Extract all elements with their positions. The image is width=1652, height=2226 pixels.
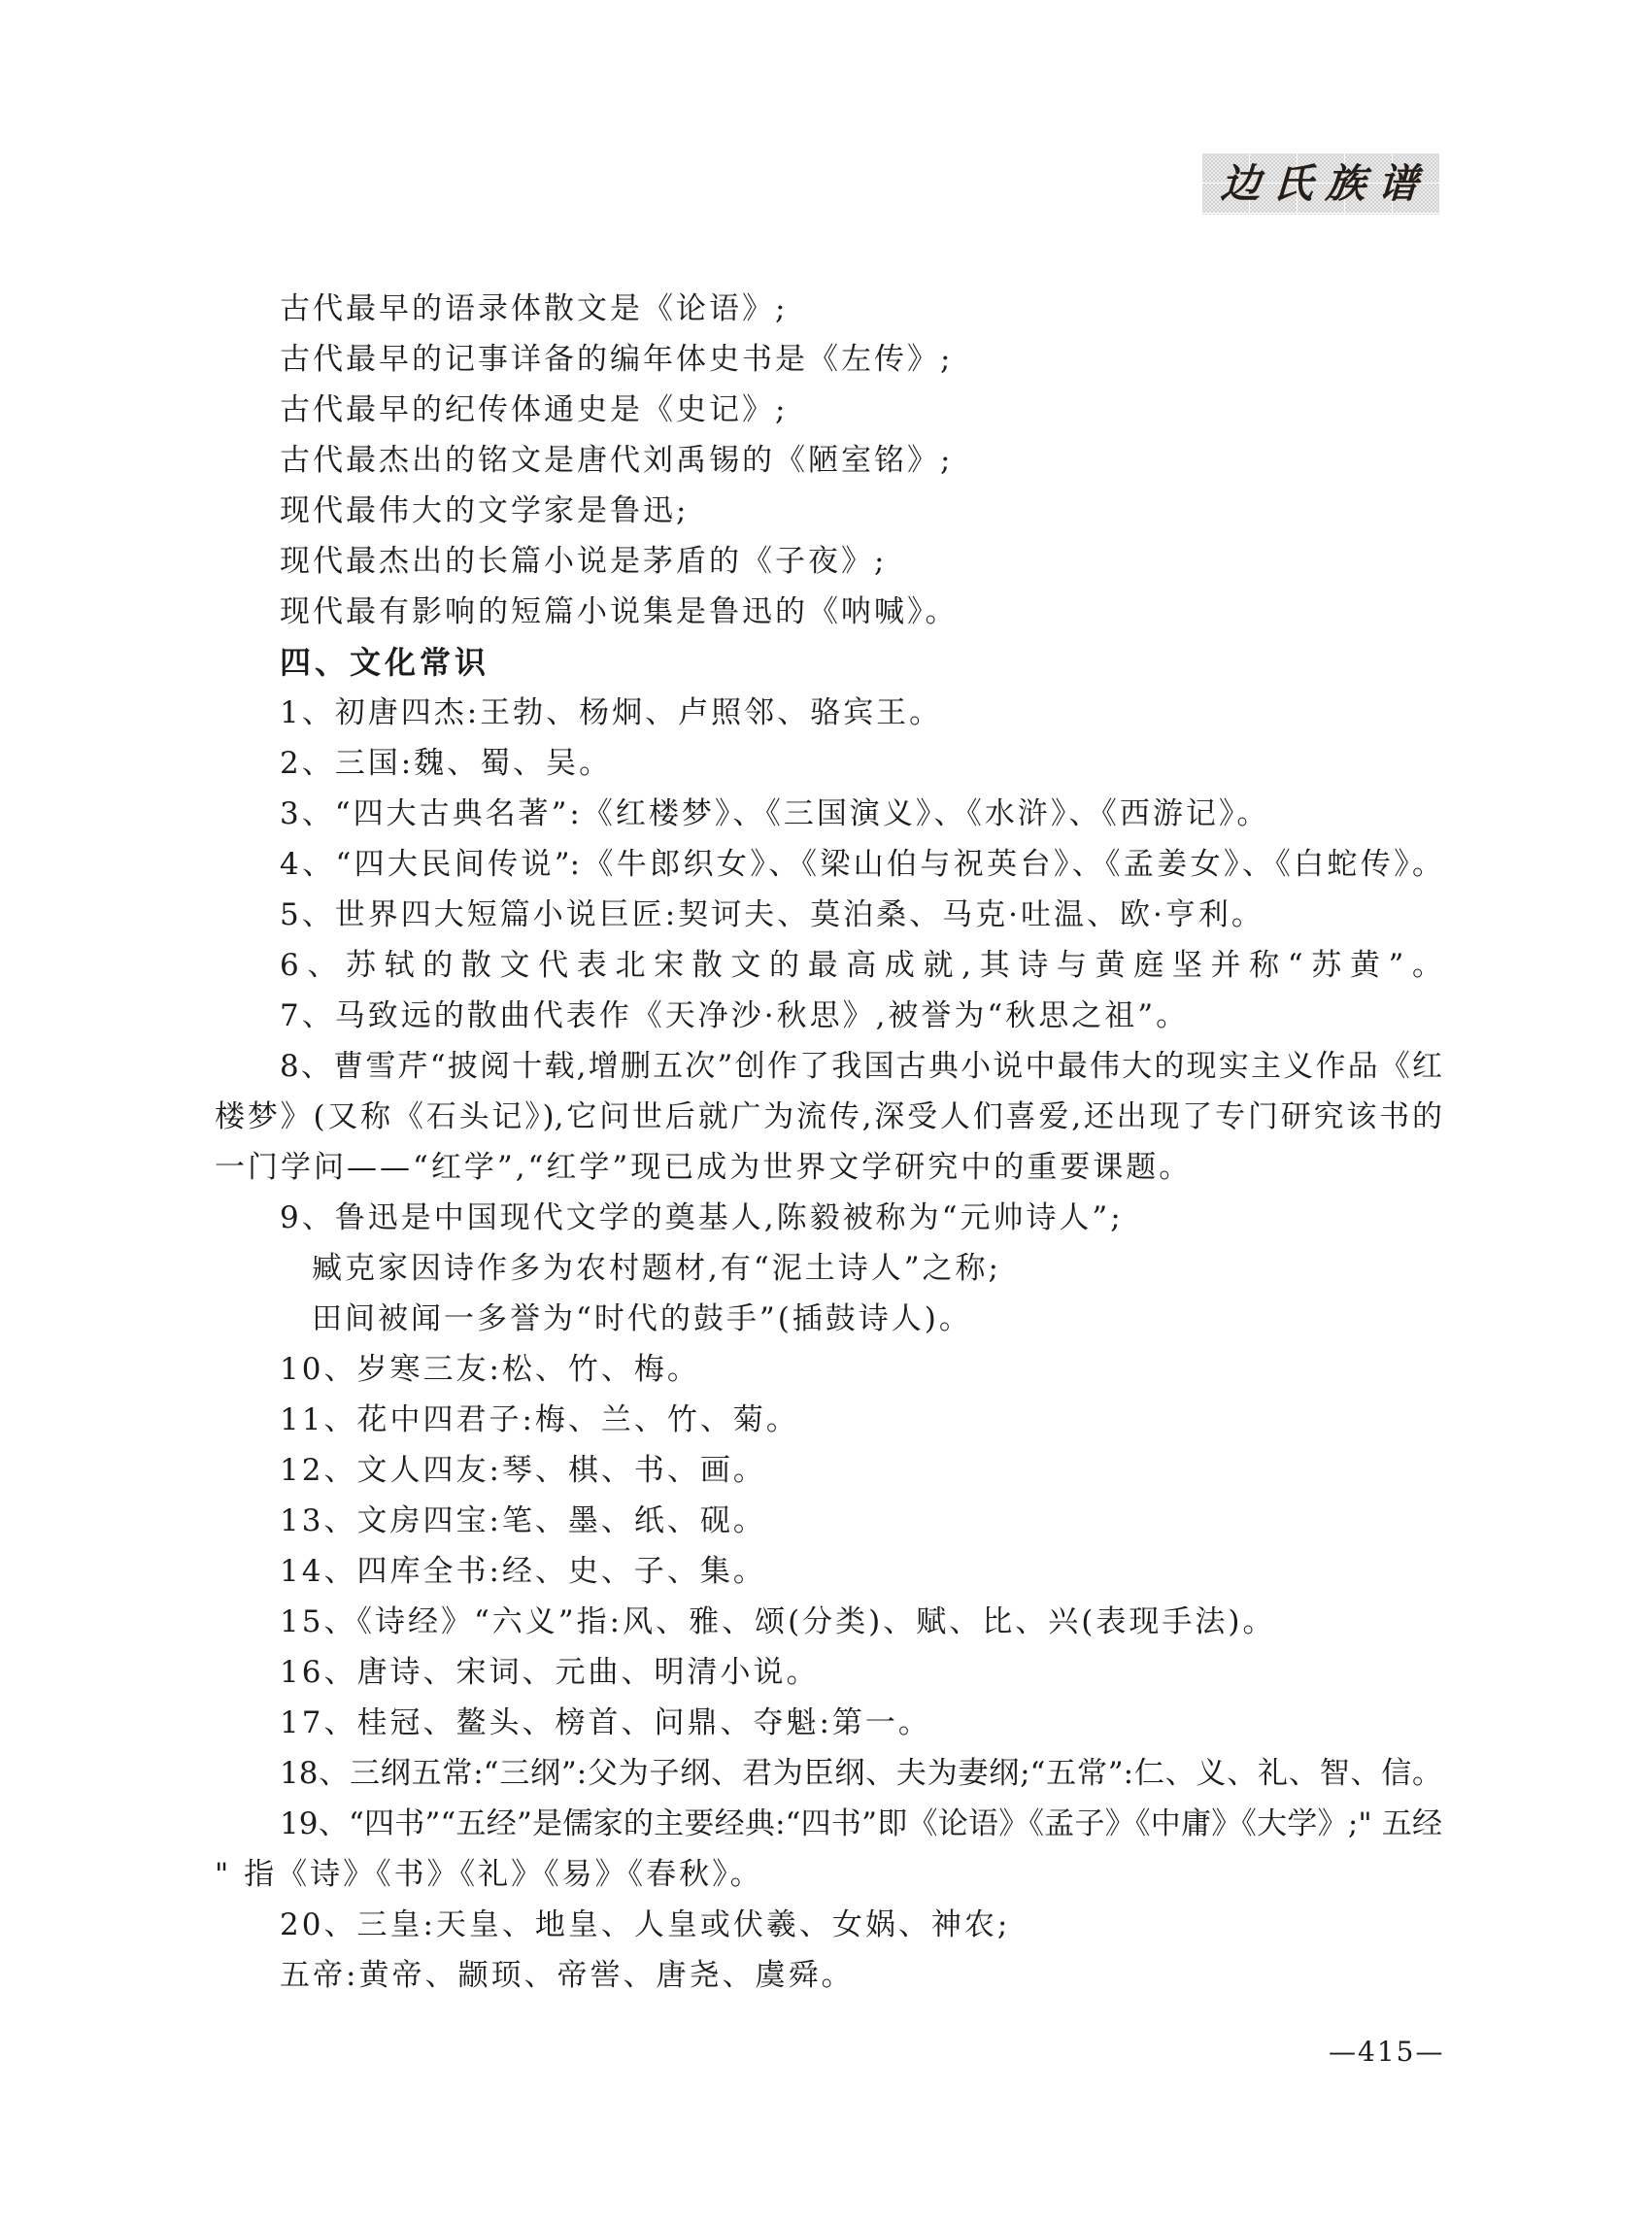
text-line: 18、三纲五常:“三纲”:父为子纲、君为臣纲、夫为妻纲;“五常”:仁、义、礼、智… xyxy=(215,1748,1442,1799)
text-line: 20、三皇:天皇、地皇、人皇或伏羲、女娲、神农; xyxy=(215,1900,1442,1950)
text-line: 13、文房四宝:笔、墨、纸、砚。 xyxy=(215,1496,1442,1546)
text-line: 9、鲁迅是中国现代文学的奠基人,陈毅被称为“元帅诗人”; xyxy=(215,1193,1442,1243)
text-line: 17、桂冠、鳌头、榜首、问鼎、夺魁:第一。 xyxy=(215,1698,1442,1748)
text-line: 10、岁寒三友:松、竹、梅。 xyxy=(215,1344,1442,1395)
text-line: 12、文人四友:琴、棋、书、画。 xyxy=(215,1445,1442,1496)
text-line: 现代最有影响的短篇小说集是鲁迅的《呐喊》。 xyxy=(215,587,1442,637)
text-line: 7、马致远的散曲代表作《天净沙·秋思》,被誉为“秋思之祖”。 xyxy=(215,991,1442,1041)
page-text-block: 古代最早的语录体散文是《论语》;古代最早的记事详备的编年体史书是《左传》;古代最… xyxy=(215,284,1442,2001)
text-line: 古代最早的纪传体通史是《史记》; xyxy=(215,385,1442,435)
text-line: 五帝:黄帝、颛顼、帝喾、唐尧、虞舜。 xyxy=(215,1950,1442,2001)
text-line: 现代最杰出的长篇小说是茅盾的《子夜》; xyxy=(215,536,1442,587)
text-line: 臧克家因诗作多为农村题材,有“泥土诗人”之称; xyxy=(215,1243,1442,1294)
book-title: 边氏族谱 xyxy=(1210,164,1432,204)
header-nameplate: 边氏族谱 xyxy=(1201,152,1440,215)
text-line: 一门学问——“红学”,“红学”现已成为世界文学研究中的重要课题。 xyxy=(215,1142,1442,1193)
text-line: 3、“四大古典名著”:《红楼梦》、《三国演义》、《水浒》、《西游记》。 xyxy=(215,789,1442,839)
text-line: 古代最早的记事详备的编年体史书是《左传》; xyxy=(215,334,1442,385)
text-line: 2、三国:魏、蜀、吴。 xyxy=(215,738,1442,789)
text-line: 田间被闻一多誉为“时代的鼓手”(插鼓诗人)。 xyxy=(215,1294,1442,1344)
page-number: —415— xyxy=(1329,2036,1444,2068)
text-line: 6、苏轼的散文代表北宋散文的最高成就,其诗与黄庭坚并称“苏黄”。 xyxy=(215,940,1442,991)
text-line: 14、四库全书:经、史、子、集。 xyxy=(215,1546,1442,1597)
text-line: 1、初唐四杰:王勃、杨炯、卢照邻、骆宾王。 xyxy=(215,688,1442,738)
text-line: 11、花中四君子:梅、兰、竹、菊。 xyxy=(215,1395,1442,1445)
text-line: 4、“四大民间传说”:《牛郎织女》、《梁山伯与祝英台》、《孟姜女》、《白蛇传》。 xyxy=(215,839,1442,890)
text-line: 19、“四书”“五经”是儒家的主要经典:“四书”即《论语》《孟子》《中庸》《大学… xyxy=(215,1799,1442,1849)
text-line: " 指《诗》《书》《礼》《易》《春秋》。 xyxy=(215,1849,1442,1900)
text-line: 楼梦》(又称《石头记》),它问世后就广为流传,深受人们喜爱,还出现了专门研究该书… xyxy=(215,1092,1442,1142)
text-line: 四、文化常识 xyxy=(215,637,1442,688)
scanned-book-page: { "header": { "title": "边氏族谱" }, "page":… xyxy=(0,0,1652,2226)
text-line: 古代最杰出的铭文是唐代刘禹锡的《陋室铭》; xyxy=(215,435,1442,486)
text-line: 现代最伟大的文学家是鲁迅; xyxy=(215,486,1442,536)
text-line: 5、世界四大短篇小说巨匠:契诃夫、莫泊桑、马克·吐温、欧·亨利。 xyxy=(215,890,1442,940)
text-line: 8、曹雪芹“披阅十载,增删五次”创作了我国古典小说中最伟大的现实主义作品《红 xyxy=(215,1041,1442,1092)
text-line: 15、《诗经》“六义”指:风、雅、颂(分类)、赋、比、兴(表现手法)。 xyxy=(215,1597,1442,1647)
text-line: 16、唐诗、宋词、元曲、明清小说。 xyxy=(215,1647,1442,1698)
text-line: 古代最早的语录体散文是《论语》; xyxy=(215,284,1442,334)
